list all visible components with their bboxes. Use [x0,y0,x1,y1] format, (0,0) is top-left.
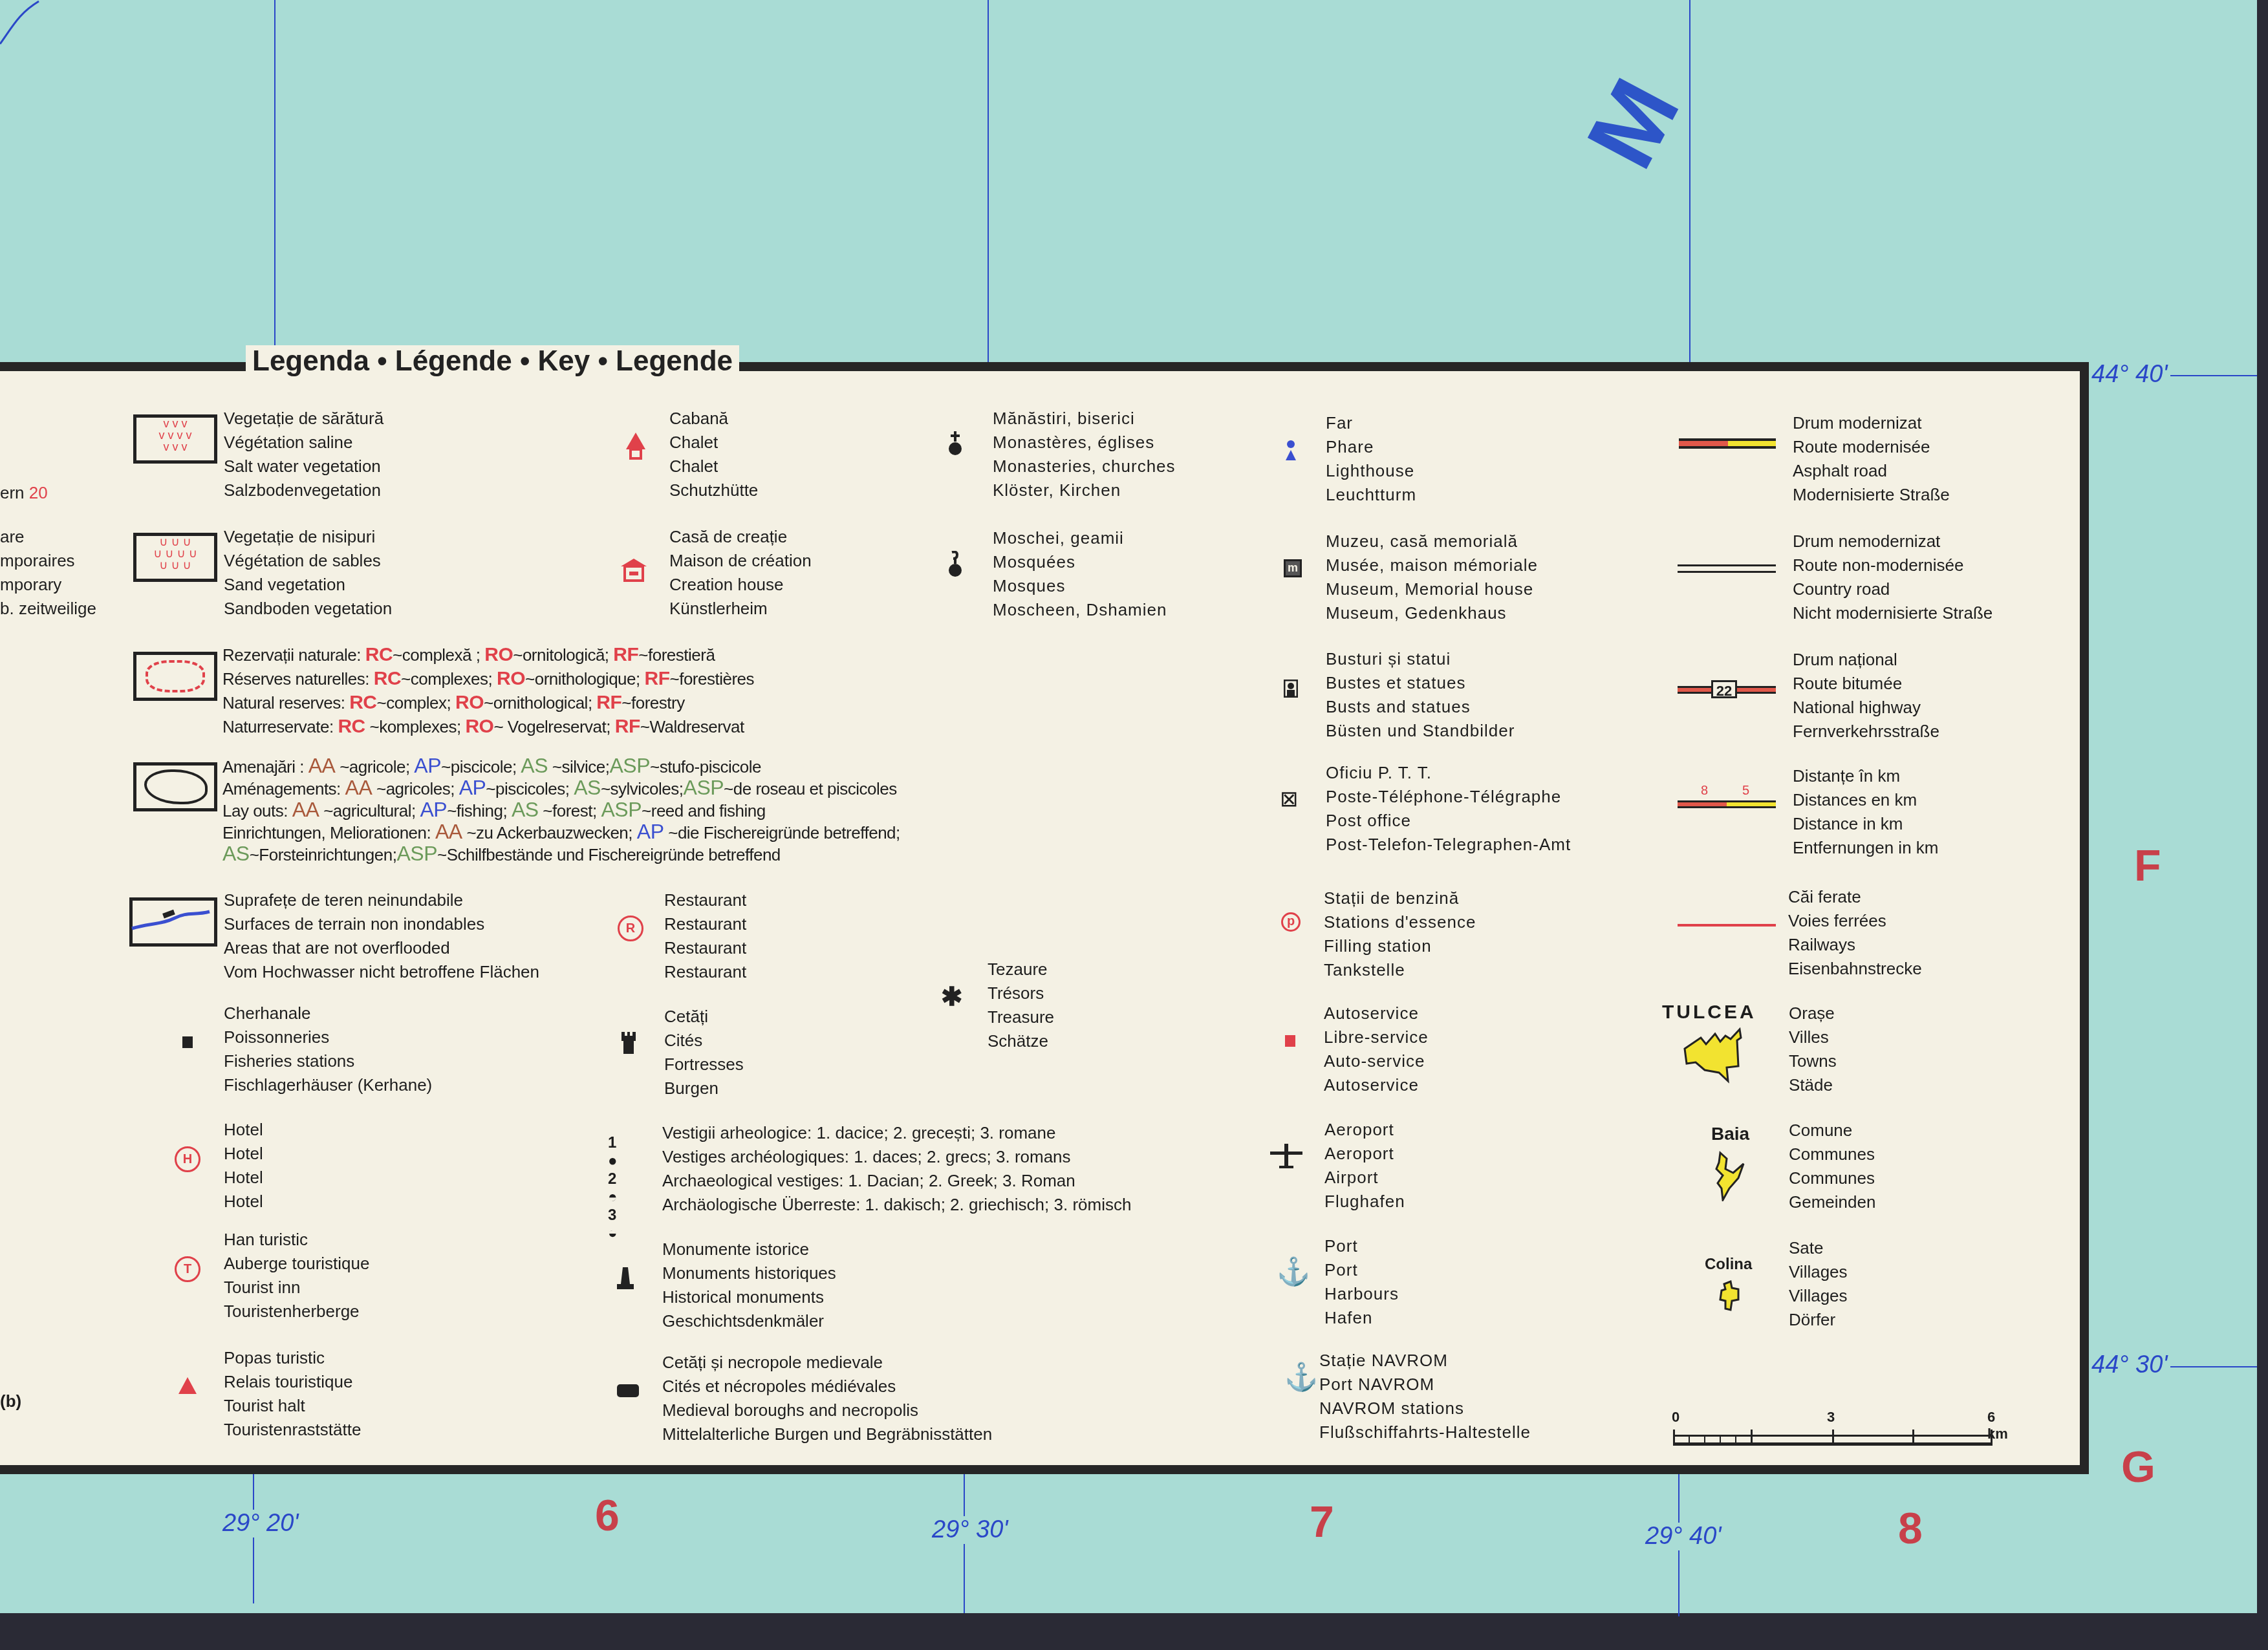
non-flooded-area-icon [129,897,217,947]
legend-line: Aménagements: AA ~agricoles; AP~piscicol… [222,777,900,798]
legend-line: Rezervații naturale: RC~complexă ; RO~or… [222,643,754,667]
harbour-anchor-icon: ⚓ [1277,1256,1310,1288]
lighthouse-icon [1284,440,1298,462]
sand-vegetation-icon: ∪ ∪ ∪∪ ∪ ∪ ∪∪ ∪ ∪ [133,533,217,582]
commune-icon: Baia [1662,1119,1778,1196]
hotel-icon: H [175,1146,200,1172]
legend-line: Naturreservate: RC ~komplexes; RO~ Vogel… [222,714,754,738]
legend-panel: Legenda • Légende • Key • Legende ern 20… [0,362,2089,1474]
tourist-inn-icon: T [175,1256,200,1282]
national-highway-icon: 22 [1675,680,1778,700]
museum-icon: m [1284,559,1302,577]
grid-column-label: 7 [1310,1497,1334,1547]
legend-line: Einrichtungen, Meliorationen: AA ~zu Ack… [222,820,900,842]
legend-line: AS~Forsteinrichtungen;ASP~Schilfbestände… [222,842,900,864]
longitude-label: 29° 30' [929,1516,1011,1544]
airport-icon [1270,1144,1302,1170]
meridian-line [253,1474,254,1603]
mosque-icon [948,551,962,578]
monastery-church-icon [948,431,962,457]
post-office-icon: ⊠ [1280,788,1299,810]
nature-reserve-icon [133,652,217,701]
meridian-line [1689,0,1690,365]
archaeological-vestiges-icon: 1 ● 2 ◓ 3 ◒ [608,1134,618,1243]
navrom-anchor-icon: ⚓ [1284,1362,1318,1393]
land-layout-icon [133,762,217,811]
longitude-label: 29° 20' [220,1510,301,1537]
fortress-icon [621,1032,636,1054]
fishery-station-icon [182,1036,193,1048]
creation-house-icon [621,559,647,582]
autoservice-icon [1285,1035,1295,1047]
legend-line: Natural reserves: RC~complex; RO~ornitho… [222,691,754,714]
town-icon: TULCEA [1662,1002,1778,1092]
grid-column-label: 8 [1898,1503,1923,1554]
scale-bar: 0 3 6 km [1672,1409,1995,1454]
railway-icon [1678,924,1776,927]
bust-statue-icon [1284,680,1298,698]
edge-fragment: aremporairesmporaryb. zeitweilige [0,525,96,621]
grid-row-label: G [2121,1442,2155,1492]
asphalt-road-icon [1675,437,1778,453]
grid-column-label: 6 [595,1490,620,1541]
distance-icon: 8 5 [1675,784,1778,812]
medieval-borough-icon [617,1384,639,1397]
filling-station-icon: p [1281,912,1301,932]
legend-line: Lay outs: AA ~agricultural; AP~fishing; … [222,798,900,820]
chalet-icon [626,433,645,461]
coastline [0,0,45,45]
longitude-label: 29° 40' [1643,1523,1724,1550]
grid-row-label: F [2134,841,2161,891]
treasure-icon: ✱ [941,982,963,1012]
latitude-label: 44° 30' [2089,1351,2170,1379]
salt-vegetation-icon: v v vv v v vv v v [133,414,217,464]
edge-fragment: (b) [0,1389,21,1413]
legend-line: Amenajări : AA ~agricole; AP~piscicole; … [222,755,900,777]
country-road-icon [1675,563,1778,576]
legend-line: Réserves naturelles: RC~complexes; RO~or… [222,667,754,691]
edge-fragment: ern 20 [0,481,48,505]
meridian-line [274,0,275,365]
tourist-halt-icon [178,1377,197,1394]
historical-monument-icon [617,1267,634,1289]
village-icon: Colina [1662,1236,1778,1314]
meridian-line [988,0,989,365]
latitude-label: 44° 40' [2089,361,2170,389]
legend-title: Legenda • Légende • Key • Legende [246,345,739,378]
restaurant-icon: R [618,916,643,941]
